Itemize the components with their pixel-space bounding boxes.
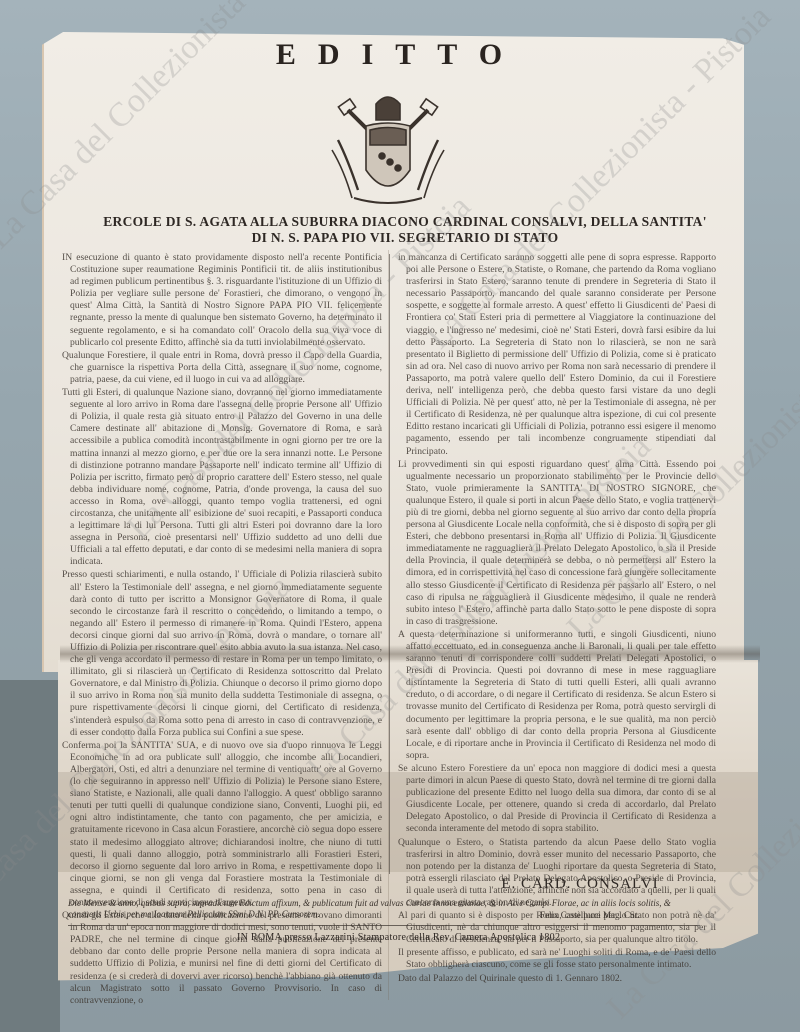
paragraph: in mancanza di Certificato saranno sogge… [398, 252, 716, 458]
document-title: EDITTO [0, 38, 800, 72]
paragraph: Tutti gli Esteri, di qualunque Nazione s… [62, 387, 382, 568]
horizontal-rule [68, 925, 700, 926]
paragraph: Se alcuno Estero Forestiere da un' epoca… [398, 763, 716, 836]
paragraph: Li provvedimenti sin qui esposti riguard… [398, 459, 716, 628]
paragraph: IN esecuzione di quanto è stato providam… [62, 252, 382, 349]
date-line: Dato dal Palazzo del Quirinale questo dì… [398, 973, 716, 985]
document-heading: ERCOLE DI S. AGATA ALLA SUBURRA DIACONO … [60, 214, 750, 246]
paragraph: Qualunque Forestiere, il quale entri in … [62, 350, 382, 386]
background-shadow [0, 680, 60, 1032]
paragraph: Il presente affisso, e publicato, ed sar… [398, 947, 716, 971]
printer-imprint: IN ROMA presso Lazzarini Stampatore dell… [0, 932, 800, 943]
left-text-column: IN esecuzione di quanto è stato providam… [62, 252, 382, 1008]
signature: E. CARD. CONSALVI [460, 876, 700, 893]
heading-line-1: ERCOLE DI S. AGATA ALLA SUBURRA DIACONO … [60, 214, 750, 230]
paragraph: A questa determinazione si uniformeranno… [398, 629, 716, 762]
heading-line-2: DI N. S. PAPA PIO VII. SEGRETARIO DI STA… [60, 230, 750, 246]
publication-note-signer: Felix Castellucci Mag. Cur. [540, 910, 639, 920]
column-divider [389, 254, 390, 874]
paragraph: Conferma poi la SANTITA' SUA, e di nuovo… [62, 740, 382, 909]
papal-crest-icon [318, 90, 458, 210]
paragraph: Presso questi schiarimenti, e nulla osta… [62, 569, 382, 738]
